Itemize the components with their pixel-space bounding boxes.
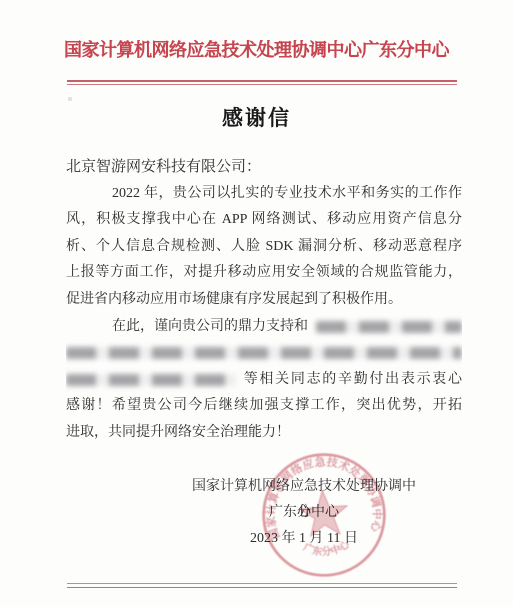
- letter-line: 促进省内移动应用市场健康有序发展起到了积极作用。: [66, 287, 462, 314]
- scan-speck: [68, 97, 72, 101]
- letter-line-text: 风，积极支撑我中心在 APP 网络测试、移动应用资产信息分: [66, 212, 462, 227]
- letter-line: 上报等方面工作，对提升移动应用安全领域的合规监管能力，: [66, 260, 462, 287]
- redacted-line: [66, 340, 462, 367]
- redacted-names-blob: [66, 347, 462, 359]
- letter-line: 感谢！希望贵公司今后继续加强支撑工作，突出优势，开拓: [66, 393, 462, 420]
- letter-line-text: 上报等方面工作，对提升移动应用安全领域的合规监管能力，: [66, 265, 462, 280]
- letter-line-text: 在此，谨向贵公司的鼎力支持和: [112, 314, 308, 341]
- redacted-names-blob: [66, 374, 236, 386]
- letter-line-text: 析、个人信息合规检测、人脸 SDK 漏洞分析、移动恶意程序: [66, 239, 462, 254]
- letter-line: 风，积极支撑我中心在 APP 网络测试、移动应用资产信息分: [66, 207, 462, 234]
- letter-page: 国家计算机网络应急技术处理协调中心广东分中心 感谢信 北京智游网安科技有限公司：…: [0, 0, 513, 607]
- svg-text:广东分中心: 广东分中心: [300, 537, 353, 560]
- letter-title: 感谢信: [0, 102, 513, 132]
- letter-line: 进取，共同提升网络安全治理能力！: [66, 420, 462, 447]
- official-seal-stamp: 国家计算机网络应急技术处理协调中心 广东分中心: [254, 447, 395, 584]
- letterhead-rule: [67, 80, 457, 85]
- letter-line-text: 感谢！希望贵公司今后继续加强支撑工作，突出优势，开拓: [66, 398, 462, 413]
- letter-line-text: 2022 年，贵公司以扎实的专业技术水平和务实的工作作: [112, 186, 462, 201]
- seal-star-icon: [299, 489, 349, 537]
- footer-rule: [67, 583, 457, 588]
- letter-line-text: 北京智游网安科技有限公司：: [66, 159, 261, 175]
- letter-line-text: 促进省内移动应用市场健康有序发展起到了积极作用。: [66, 292, 402, 307]
- letter-line: 在此，谨向贵公司的鼎力支持和: [66, 314, 462, 341]
- redacted-names-blob: [316, 321, 462, 333]
- letter-line: 等相关同志的辛勤付出表示衷心: [66, 367, 462, 394]
- letter-line: 北京智游网安科技有限公司：: [66, 154, 462, 181]
- letter-lines: 北京智游网安科技有限公司：2022 年，贵公司以扎实的专业技术水平和务实的工作作…: [66, 154, 462, 447]
- letter-line-text: 进取，共同提升网络安全治理能力！: [66, 425, 290, 440]
- letter-line: 析、个人信息合规检测、人脸 SDK 漏洞分析、移动恶意程序: [66, 234, 462, 261]
- letter-line: 2022 年，贵公司以扎实的专业技术水平和务实的工作作: [66, 181, 462, 208]
- seal-bottom-text: 广东分中心: [300, 537, 353, 560]
- letter-line-text: 等相关同志的辛勤付出表示衷心: [242, 372, 462, 387]
- letterhead-org-name: 国家计算机网络应急技术处理协调中心广东分中心: [0, 36, 513, 62]
